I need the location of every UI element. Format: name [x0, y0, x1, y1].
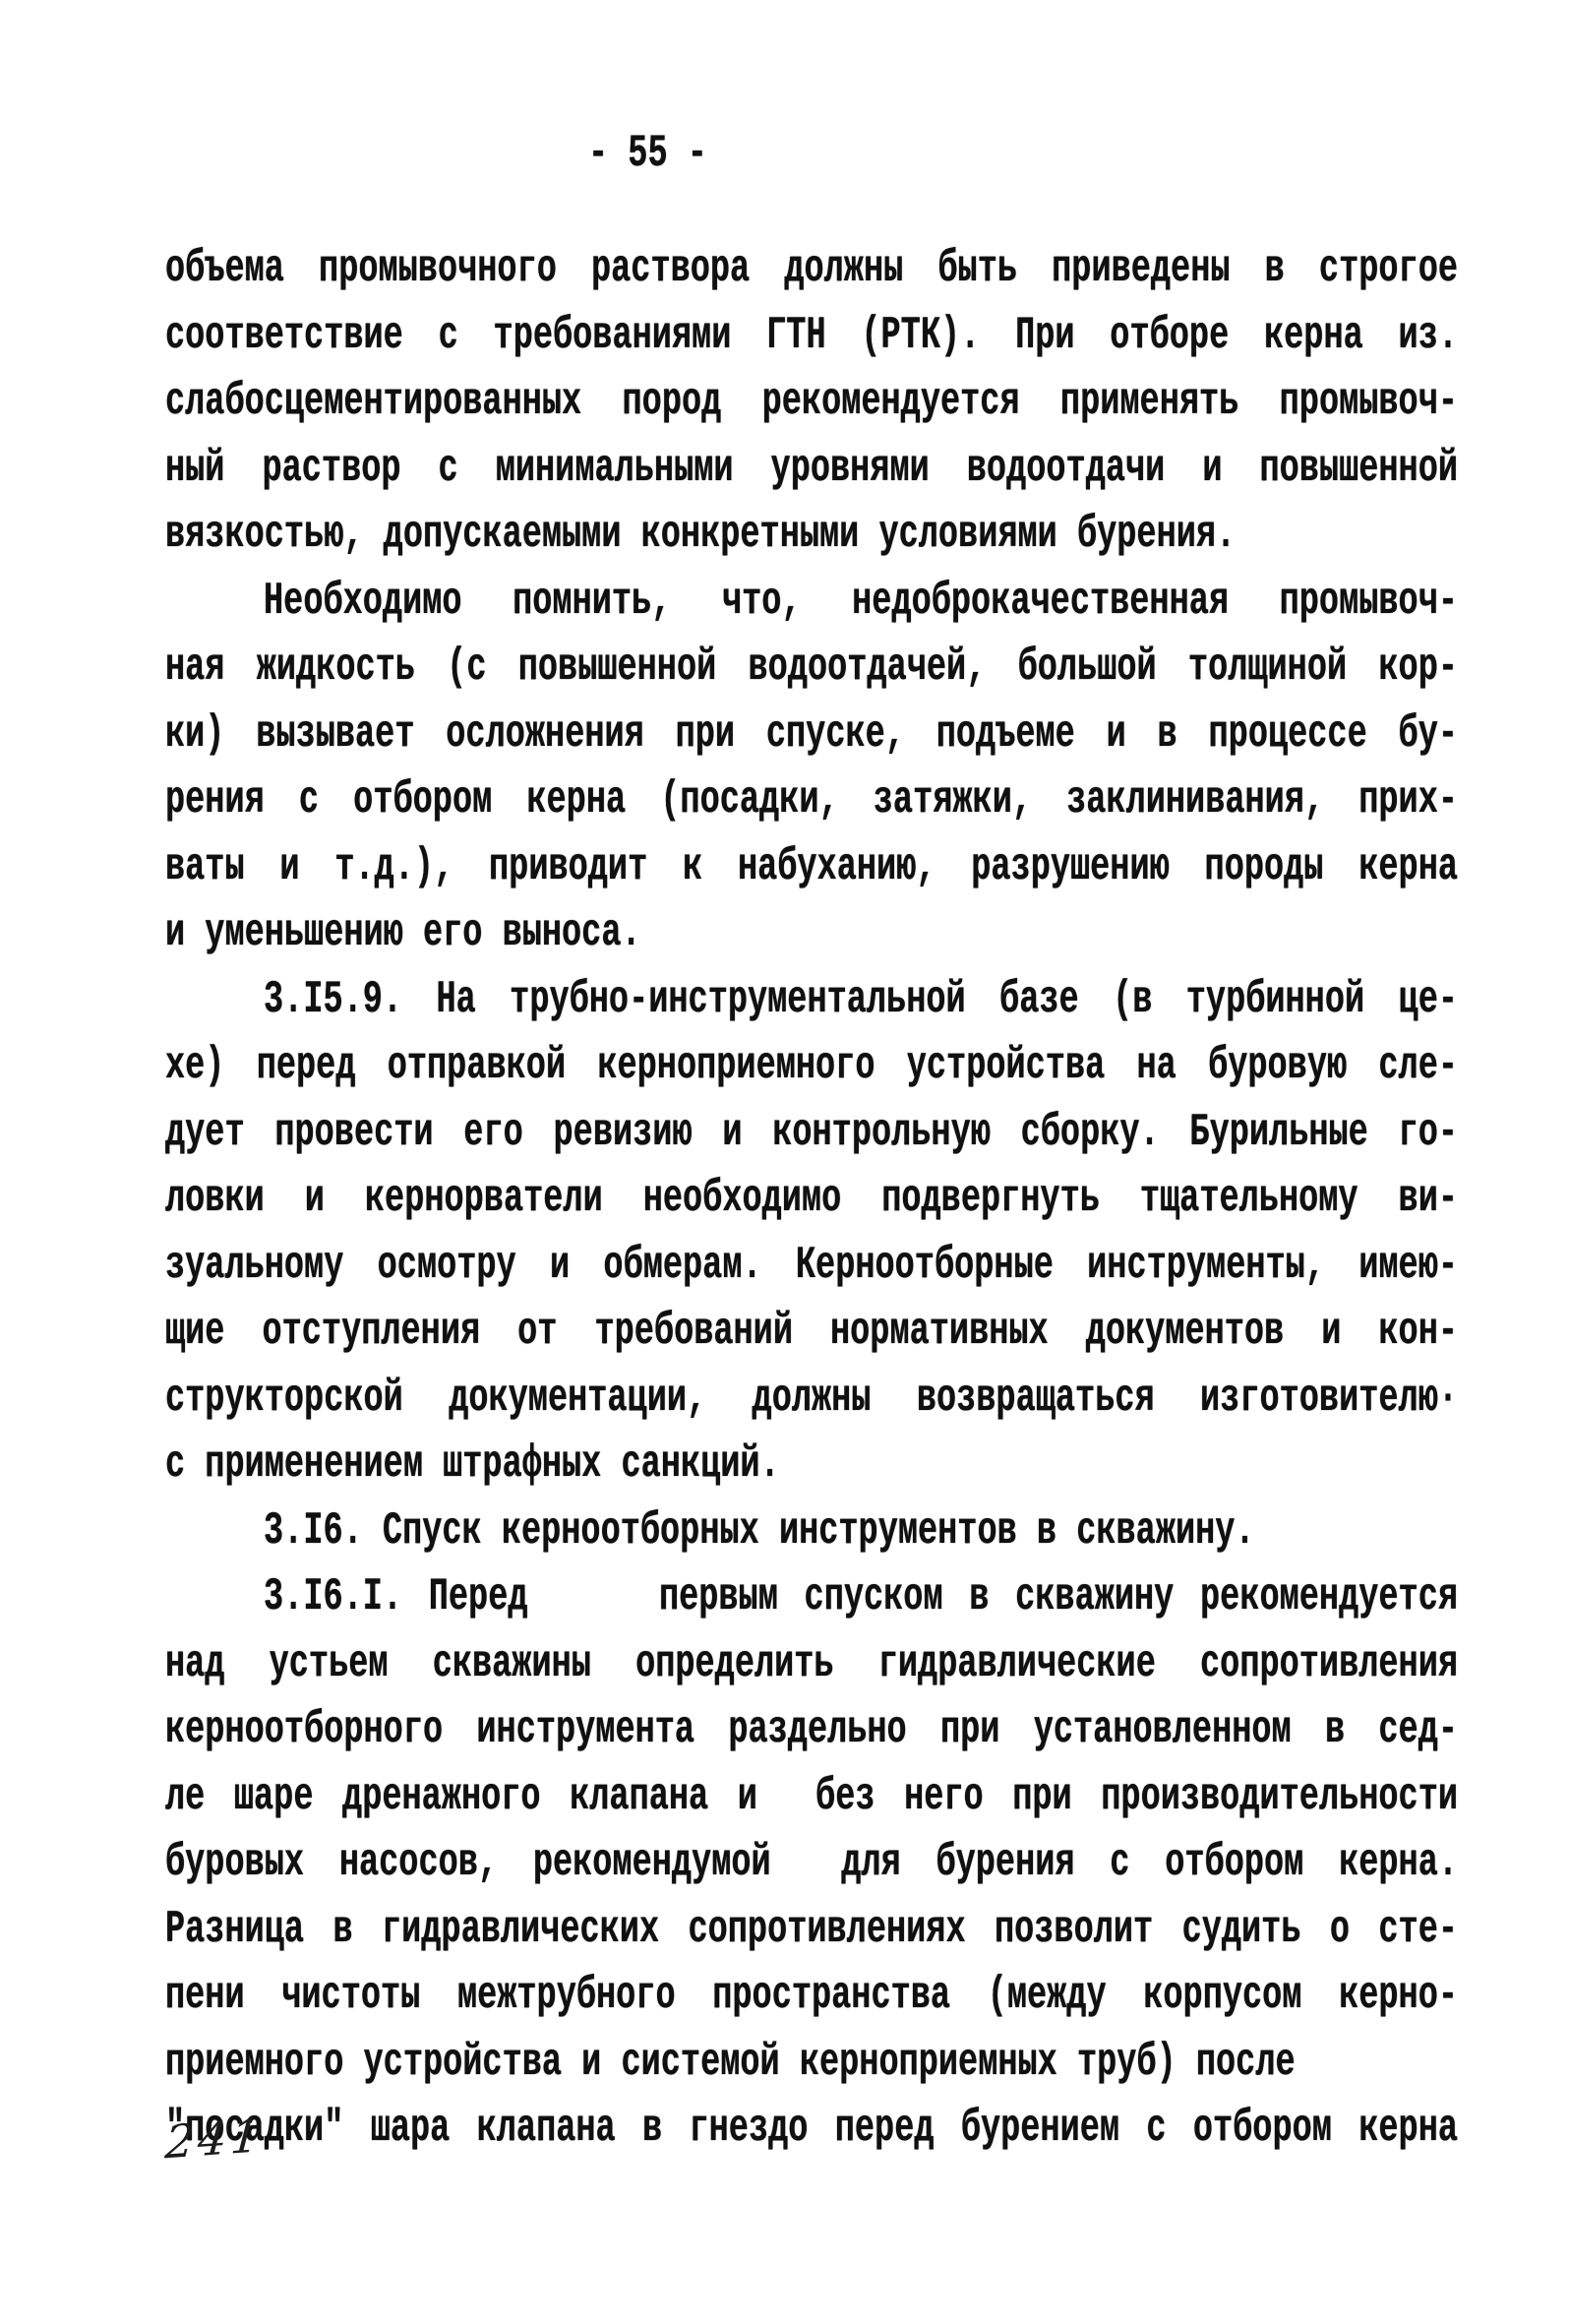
text-line: Необходимо помнить, что, недоброкачестве… [165, 569, 1458, 636]
text-line: буровых насосов, рекомендумой для бурени… [165, 1830, 1458, 1897]
text-line: ки) вызывает осложнения при спуске, подъ… [165, 702, 1458, 768]
text-line: и уменьшению его выноса. [165, 900, 1458, 967]
scanned-page: - 55 - объема промывочного раствора долж… [0, 0, 1569, 2324]
section-heading-3-16-1: 3.I6.I. Перед первым спуском в скважину … [165, 1564, 1458, 1631]
text-line: керноотборного инструмента раздельно при… [165, 1697, 1458, 1764]
text-line: ле шаре дренажного клапана и без него пр… [165, 1764, 1458, 1831]
text-line: слабосцементированных пород рекомендуетс… [165, 369, 1458, 436]
text-line: хе) перед отправкой керноприемного устро… [165, 1033, 1458, 1100]
text-line: структорской документации, должны возвра… [165, 1366, 1458, 1433]
text-line: зуальному осмотру и обмерам. Керноотборн… [165, 1233, 1458, 1300]
text-line: вязкостью, допускаемыми конкретными усло… [165, 502, 1458, 569]
document-text-block: объема промывочного раствора должны быть… [165, 236, 1458, 2163]
text-line: ваты и т.д.), приводит к набуханию, разр… [165, 834, 1458, 901]
page-number: - 55 - [588, 124, 707, 183]
handwritten-page-number: 241 [163, 2109, 265, 2169]
text-line: пени чистоты межтрубного пространства (м… [165, 1963, 1458, 2030]
text-line: "посадки" шара клапана в гнездо перед бу… [165, 2096, 1458, 2163]
text-line: ловки и кернорватели необходимо подвергн… [165, 1166, 1458, 1233]
text-line: соответствие с требованиями ГТН (РТК). П… [165, 303, 1458, 370]
text-line: дует провести его ревизию и контрольную … [165, 1100, 1458, 1167]
text-line: рения с отбором керна (посадки, затяжки,… [165, 767, 1458, 834]
text-line: ная жидкость (с повышенной водоотдачей, … [165, 635, 1458, 702]
text-line: объема промывочного раствора должны быть… [165, 236, 1458, 303]
text-line: щие отступления от требований нормативны… [165, 1299, 1458, 1366]
text-line: ный раствор с минимальными уровнями водо… [165, 436, 1458, 503]
text-line: с применением штрафных санкций. [165, 1432, 1458, 1498]
text-line: приемного устройства и системой кернопри… [165, 2030, 1458, 2097]
section-heading-3-16: 3.I6. Спуск керноотборных инструментов в… [165, 1498, 1458, 1565]
text-line: над устьем скважины определить гидравлич… [165, 1631, 1458, 1698]
section-heading-3-15-9: 3.I5.9. На трубно-инструментальной базе … [165, 967, 1458, 1034]
text-line: Разница в гидравлических сопротивлениях … [165, 1897, 1458, 1964]
